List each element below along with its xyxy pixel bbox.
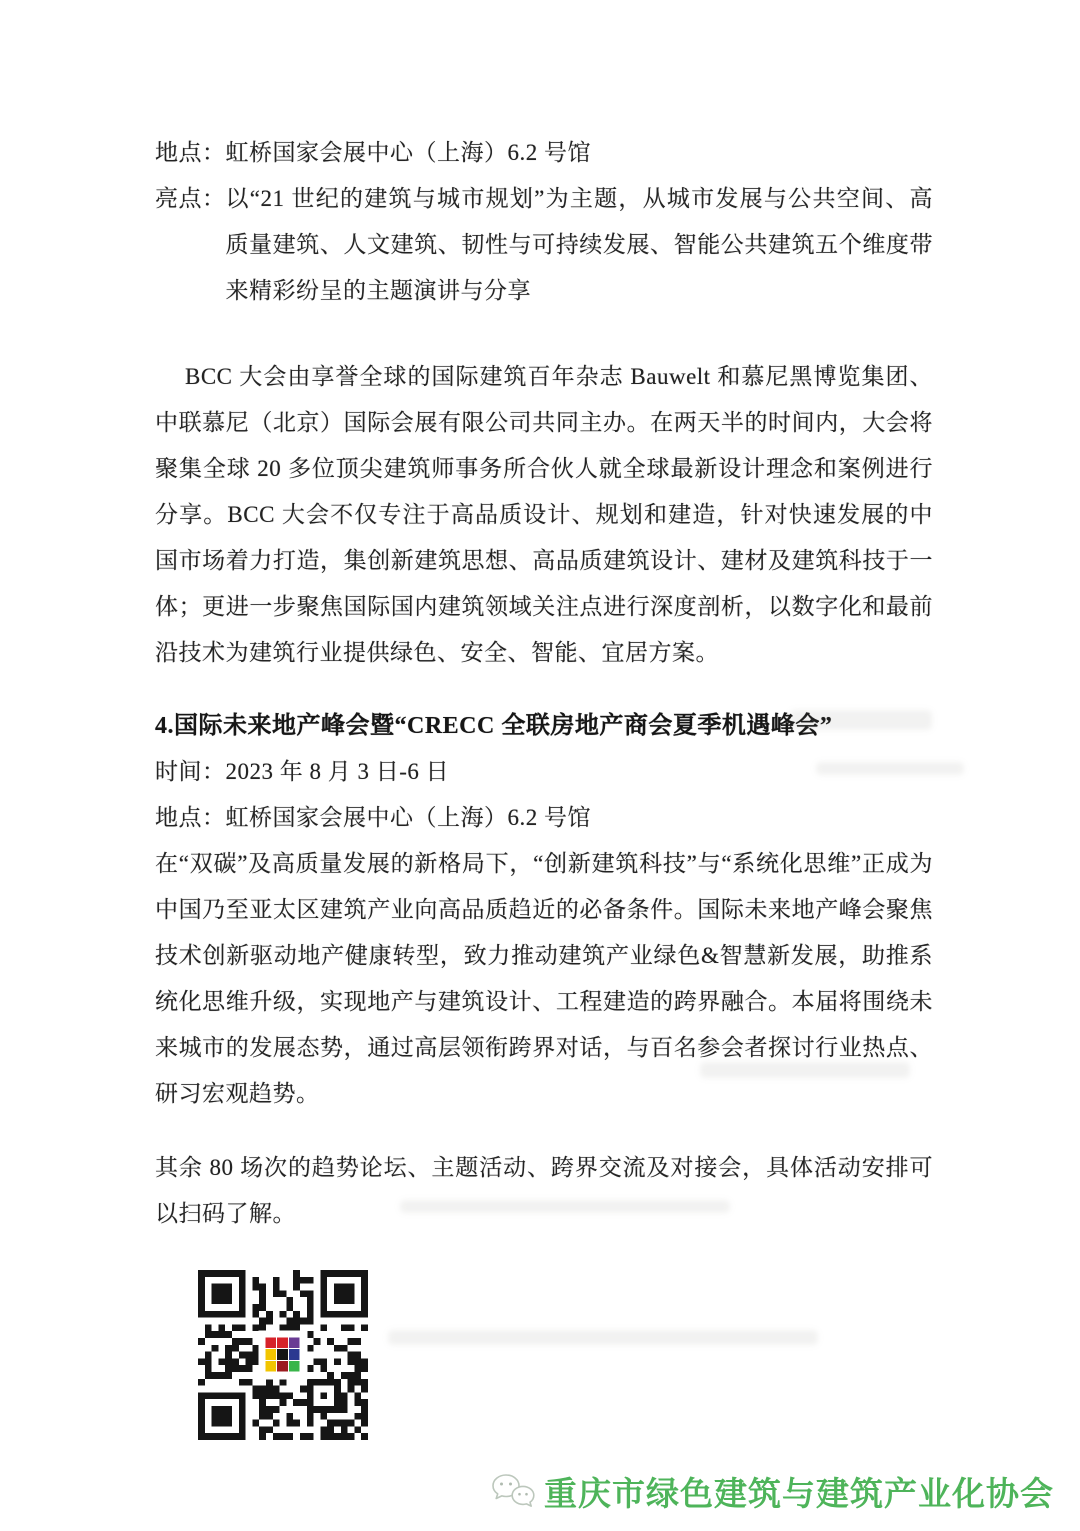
highlights-line: 亮点： 以“21 世纪的建筑与城市规划”为主题，从城市发展与公共空间、高质量建筑… xyxy=(155,176,933,314)
section4-venue-line: 地点： 虹桥国家会展中心（上海）6.2 号馆 xyxy=(155,795,933,841)
paragraph-summit: 在“双碳”及高质量发展的新格局下，“创新建筑科技”与“系统化思维”正成为中国乃至… xyxy=(155,841,933,1117)
footer-org-name: 重庆市绿色建筑与建筑产业化协会 xyxy=(544,1468,1054,1515)
paragraph-closing: 其余 80 场次的趋势论坛、主题活动、跨界交流及对接会，具体活动安排可以扫码了解… xyxy=(155,1145,933,1237)
footer-branding: 重庆市绿色建筑与建筑产业化协会 xyxy=(490,1468,1054,1515)
qr-code xyxy=(198,1270,368,1440)
time-label: 时间： xyxy=(155,749,226,795)
document-content: 地点： 虹桥国家会展中心（上海）6.2 号馆 亮点： 以“21 世纪的建筑与城市… xyxy=(155,130,933,1440)
section4-time-line: 时间： 2023 年 8 月 3 日-6 日 xyxy=(155,749,933,795)
highlights-text: 以“21 世纪的建筑与城市规划”为主题，从城市发展与公共空间、高质量建筑、人文建… xyxy=(226,176,934,314)
qr-code-image xyxy=(198,1270,368,1440)
venue-label: 地点： xyxy=(155,130,226,176)
paragraph-bcc: BCC 大会由享誉全球的国际建筑百年杂志 Bauwelt 和慕尼黑博览集团、中联… xyxy=(155,354,933,676)
time-text: 2023 年 8 月 3 日-6 日 xyxy=(226,749,450,795)
section4-heading: 4.国际未来地产峰会暨“CRECC 全联房地产商会夏季机遇峰会” xyxy=(155,703,933,749)
wechat-icon xyxy=(490,1473,536,1511)
venue-text-2: 虹桥国家会展中心（上海）6.2 号馆 xyxy=(226,795,592,841)
venue-line: 地点： 虹桥国家会展中心（上海）6.2 号馆 xyxy=(155,130,933,176)
venue-text: 虹桥国家会展中心（上海）6.2 号馆 xyxy=(226,130,934,176)
venue-label-2: 地点： xyxy=(155,795,226,841)
highlights-label: 亮点： xyxy=(155,176,226,222)
document-page: 地点： 虹桥国家会展中心（上海）6.2 号馆 亮点： 以“21 世纪的建筑与城市… xyxy=(0,0,1080,1531)
